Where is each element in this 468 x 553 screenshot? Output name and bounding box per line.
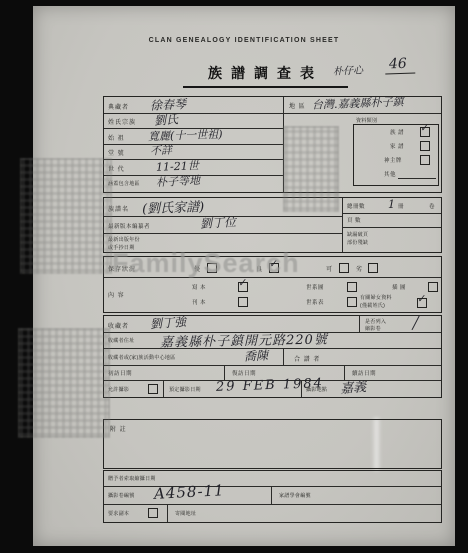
type-tablet-label: 神主牌	[384, 156, 402, 164]
record-type-box: 族 譜 ✓ 家 譜 ✓ 神主牌 ✓ 其他	[353, 124, 439, 186]
second-visit-label: 復訪日期	[232, 369, 256, 377]
lineage-table-label: 世系表	[306, 298, 324, 306]
cond-poor-label: 劣	[356, 264, 363, 273]
content-label: 內 容	[108, 290, 125, 299]
lineage-chart-checkbox: ✓	[347, 282, 357, 292]
section-title-edition: 族譜名 (劉氏家譜) 最新版本編纂者 劉丁位 最新出版年份 或手抄日期 總冊數 …	[103, 197, 442, 253]
printed-checkbox: ✓	[238, 297, 248, 307]
women-data-checkbox: ✓	[417, 298, 427, 308]
manuscript-label: 寫 本	[192, 283, 206, 291]
row-line	[342, 227, 441, 228]
activity-center-value: 喬陳	[244, 346, 269, 364]
row-line	[283, 113, 441, 114]
condition-label: 保存狀況	[108, 264, 136, 273]
damage-label-line1: 缺漏破頁	[347, 231, 368, 238]
co-compiler-label: 合 譜 者	[294, 354, 320, 363]
section-condition-content: 保存狀況 優 ✓ 良 ✓ 可 ✓ 劣 ✓ 內 容 寫 本 ✓ 刊 本 ✓ 世系圖…	[103, 256, 442, 313]
page-title: 族譜調查表	[183, 63, 348, 88]
volume-count-value: 1	[388, 198, 395, 211]
film-number-value: A458-11	[154, 481, 225, 503]
divider	[271, 486, 272, 504]
printed-label: 刊 本	[192, 298, 206, 306]
english-header: CLAN GENEALOGY IDENTIFICATION SHEET	[33, 37, 455, 44]
row-line	[104, 233, 342, 234]
check-mark: ✓	[416, 293, 426, 305]
section-owner-visits: 收藏者 劉丁強 是否列入 縮影卷 ╱ 收藏者住址 嘉義縣朴子鎮開元路220號 收…	[103, 315, 442, 398]
cond-fair-checkbox: ✓	[339, 263, 349, 273]
check-mark: ✓	[268, 258, 278, 270]
microfilm-mark: ╱	[412, 316, 419, 330]
cond-poor-checkbox: ✓	[368, 263, 378, 273]
check-mark: ✓	[237, 277, 247, 289]
row-line	[342, 213, 441, 214]
lineage-table-checkbox: ✓	[347, 297, 357, 307]
hall-name-value: 不詳	[150, 141, 173, 158]
cond-good-label: 良	[256, 264, 263, 273]
cond-fair-label: 可	[326, 264, 333, 273]
owner-value: 劉丁強	[149, 313, 186, 332]
microfilm-request-date-label: 贈予者索取縮攝日期	[108, 475, 156, 482]
women-data-label-line1: 有關婦女資料	[360, 294, 392, 301]
divider	[359, 316, 360, 332]
type-other-label: 其他	[384, 170, 396, 178]
type-tablet-checkbox: ✓	[420, 155, 430, 165]
microfilm-label-line1: 是否列入	[365, 318, 386, 325]
section-clan-info: 典藏者 徐春琴 姓氏宗族 劉氏 始 祖 寬麗(十一世祖) 堂 號 不詳 世 代 …	[103, 96, 442, 193]
check-mark: ✓	[419, 122, 429, 134]
divider	[301, 380, 302, 397]
type-jiapu-label: 家 譜	[390, 142, 404, 150]
region-label: 地 區	[289, 101, 306, 110]
photo-place-value: 嘉義	[339, 376, 367, 397]
photo-permit-label: 允許攝影	[108, 386, 129, 393]
photo-permit-checkbox: ✓	[148, 384, 158, 394]
volume-unit1-label: 冊	[398, 202, 404, 210]
page-count-label: 頁 數	[347, 216, 361, 224]
row-line	[104, 144, 283, 145]
society-number-label: 家譜學會編號	[279, 492, 311, 499]
area-covered-label: 涵蓋包含地區	[108, 180, 140, 187]
other-underline	[398, 178, 436, 179]
activity-center-label: 收藏者或(家)族活動中心地區	[108, 354, 176, 361]
type-zupu-label: 族 譜	[390, 128, 404, 136]
genealogy-form-paper: CLAN GENEALOGY IDENTIFICATION SHEET 族譜調查…	[33, 6, 455, 546]
request-copy-checkbox: ✓	[148, 508, 158, 518]
photo-place-label: 攝影地點	[306, 386, 327, 393]
divider	[224, 365, 225, 380]
cond-excellent-checkbox: ✓	[207, 263, 217, 273]
pubyear-label-line1: 最新出版年份	[108, 236, 140, 243]
row-line	[104, 113, 283, 114]
handwritten-location-note: 朴仔心	[333, 61, 364, 78]
cond-good-checkbox: ✓	[269, 263, 279, 273]
mailing-address-label: 寄閱地址	[175, 510, 196, 517]
volume-unit2-label: 卷	[429, 202, 435, 210]
row-line	[104, 365, 441, 366]
compiler-value: 劉丁位	[200, 213, 237, 232]
type-jiapu-checkbox: ✓	[420, 141, 430, 151]
illustration-label: 插 圖	[392, 283, 406, 291]
scanned-document-viewport: CLAN GENEALOGY IDENTIFICATION SHEET 族譜調查…	[0, 0, 468, 553]
type-zupu-checkbox: ✓	[420, 127, 430, 137]
clan-surname-value: 劉氏	[153, 110, 178, 129]
hall-name-label: 堂 號	[108, 148, 125, 157]
volume-count-label: 總冊數	[347, 202, 365, 210]
divider	[283, 97, 284, 192]
manuscript-checkbox: ✓	[238, 282, 248, 292]
women-data-label-line2: (僅載姓氏)	[360, 302, 385, 309]
illustration-checkbox: ✓	[428, 282, 438, 292]
microfilm-label-line2: 縮影卷	[365, 325, 381, 332]
clan-surname-label: 姓氏宗族	[108, 117, 136, 126]
film-number-label: 攝影卷編號	[108, 492, 135, 499]
compiler-label: 最新版本編纂者	[108, 222, 150, 230]
cond-excellent-label: 優	[194, 264, 201, 273]
section-remarks: 附 註	[103, 419, 442, 469]
divider	[283, 348, 284, 365]
divider	[342, 198, 343, 252]
remarks-label: 附 註	[110, 424, 127, 433]
damage-label-line2: 部份殘缺	[347, 239, 368, 246]
genealogy-title-label: 族譜名	[108, 204, 129, 213]
genealogy-title-value: (劉氏家譜)	[142, 196, 205, 217]
row-line	[104, 277, 441, 278]
request-copy-label: 要求副本	[108, 510, 129, 517]
region-value: 台灣.嘉義縣朴子鎮	[312, 93, 404, 112]
owner-address-label: 收藏者住址	[108, 337, 135, 344]
owner-label: 收藏者	[108, 321, 129, 330]
row-line	[104, 504, 441, 505]
divider	[163, 380, 164, 397]
generations-label: 世 代	[108, 164, 125, 173]
holder-label: 典藏者	[108, 102, 129, 111]
section-admin: 贈予者索取縮攝日期 攝影卷編號 A458-11 家譜學會編號 要求副本 ✓ 寄閱…	[103, 470, 442, 523]
first-visit-label: 初訪日期	[108, 369, 132, 377]
record-type-label: 資料類別	[356, 117, 377, 124]
divider	[167, 504, 168, 522]
handwritten-sheet-number: 46	[385, 55, 415, 74]
area-covered-value: 朴子等地	[156, 172, 201, 190]
lineage-chart-label: 世系圖	[306, 283, 324, 291]
first-ancestor-label: 始 祖	[108, 133, 125, 142]
photo-date-label: 預定攝影日期	[169, 386, 201, 393]
pubyear-label-line2: 或手抄日期	[108, 244, 135, 251]
